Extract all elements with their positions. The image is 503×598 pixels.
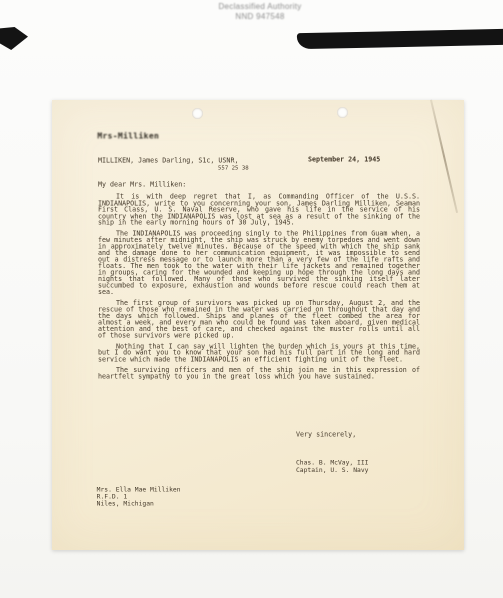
letter-body: It is with deep regret that I, as Comman…	[98, 193, 420, 384]
scanned-page-background: Declassified Authority NND 947548 Mrs-Mi…	[0, 0, 503, 598]
declassification-stamp: Declassified Authority NND 947548	[150, 2, 370, 22]
paragraph-2: The INDIANAPOLIS was proceeding singly t…	[98, 230, 420, 295]
scan-artifact-black-bar	[297, 29, 503, 49]
salutation: My dear Mrs. Milliken:	[98, 180, 186, 188]
handwritten-annotation: Mrs-Milliken	[97, 131, 159, 140]
declassification-stamp-line1: Declassified Authority	[150, 2, 370, 12]
signature-block: Chas. B. McVay, III Captain, U. S. Navy	[296, 459, 368, 474]
closing: Very sincerely,	[296, 430, 356, 438]
address-line-3: Niles, Michigan	[97, 500, 181, 507]
signature-title: Captain, U. S. Navy	[296, 466, 368, 473]
letter-content: Mrs-Milliken MILLIKEN, James Darling, S1…	[52, 100, 464, 550]
letter-sheet: Mrs-Milliken MILLIKEN, James Darling, S1…	[52, 100, 464, 550]
subject-line: MILLIKEN, James Darling, S1c, USNR,	[98, 156, 238, 164]
recipient-address-block: Mrs. Ella Mae Milliken R.F.D. 1 Niles, M…	[97, 486, 181, 507]
service-number: 557 25 38	[218, 165, 249, 172]
scan-artifact-corner-wedge	[0, 27, 28, 50]
signature-name: Chas. B. McVay, III	[296, 459, 368, 466]
declassification-stamp-line2: NND 947548	[150, 12, 370, 22]
paragraph-3: The first group of survivors was picked …	[98, 299, 420, 338]
paragraph-1: It is with deep regret that I, as Comman…	[98, 193, 420, 225]
paragraph-5: The surviving officers and men of the sh…	[98, 367, 420, 380]
date-line: September 24, 1945	[308, 155, 380, 163]
paragraph-4: Nothing that I can say will lighten the …	[98, 343, 420, 362]
